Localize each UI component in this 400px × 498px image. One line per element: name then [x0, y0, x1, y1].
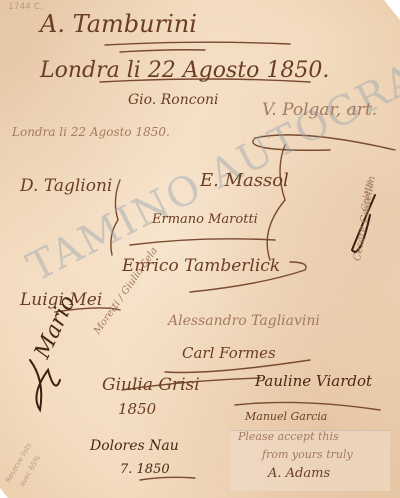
note-line-1: Please accept this — [238, 430, 339, 443]
pencil-note-top: 1744 C. — [8, 2, 43, 12]
note-line-2: from yours truly — [262, 448, 353, 461]
signature-taglioni: D. Taglioni — [20, 176, 112, 196]
signature-formes: Carl Formes — [182, 344, 276, 362]
date-line: Londra li 22 Agosto 1850. — [12, 125, 170, 139]
signature-massol: E. Massol — [200, 170, 289, 191]
signature-adams: A. Adams — [268, 466, 330, 481]
autograph-page: TAMINO AUTOGRAPHS 1744 C. A. Tamburini L… — [0, 0, 400, 498]
signature-grisi: Giulia Grisi — [102, 375, 200, 395]
signature-garcia: Manuel Garcia — [245, 410, 327, 423]
nau-year: 7. 1850 — [120, 462, 170, 477]
location-date: Londra li 22 Agosto 1850. — [40, 58, 329, 83]
signature-marotti: Ermano Marotti — [152, 212, 258, 227]
grisi-year: 1850 — [118, 400, 156, 418]
signature-ronconi: Gio. Ronconi — [128, 92, 219, 108]
signature-tamburini: A. Tamburini — [40, 10, 197, 38]
signature-nau: Dolores Nau — [90, 438, 179, 454]
signature-tagliavini: Alessandro Tagliavini — [168, 313, 320, 329]
signature-viardot: Pauline Viardot — [255, 372, 372, 390]
signature-polgar: V. Polgar, art. — [262, 100, 377, 120]
